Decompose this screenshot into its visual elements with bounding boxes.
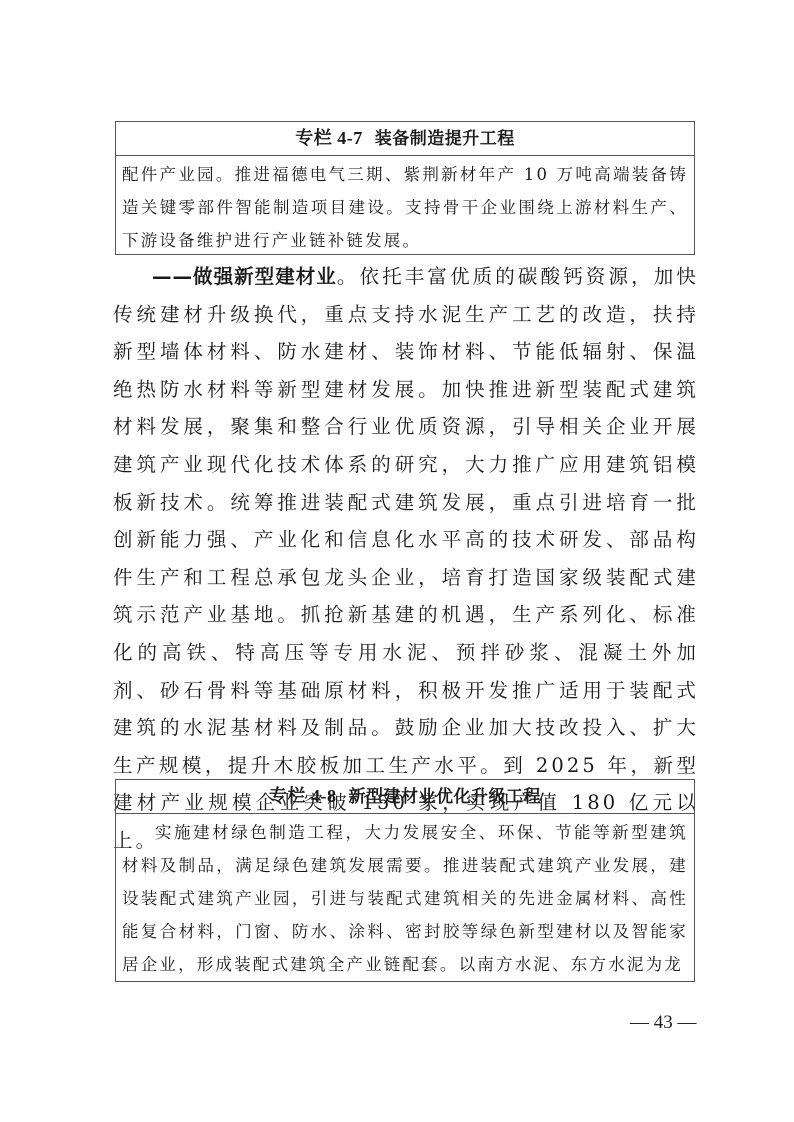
column-box-heading: 新型建材业优化升级工程 — [349, 787, 542, 807]
column-box-text: 实施建材绿色制造工程，大力发展安全、环保、节能等新型建筑材料及制品，满足绿色建筑… — [122, 816, 688, 981]
page-number: — 43 — — [630, 1012, 697, 1034]
section-lead-heading: ——做强新型建材业 — [152, 265, 337, 288]
paragraph-text: ——做强新型建材业。依托丰富优质的碳酸钙资源，加快传统建材升级换代，重点支持水泥… — [113, 258, 699, 860]
column-box-body: 配件产业园。推进福德电气三期、紫荆新材年产 10 万吨高端装备铸造关键零部件智能… — [116, 156, 694, 257]
section-body-text: 。依托丰富优质的碳酸钙资源，加快传统建材升级换代，重点支持水泥生产工艺的改造，扶… — [113, 265, 699, 852]
column-box-heading: 装备制造提升工程 — [375, 129, 515, 149]
body-paragraph: ——做强新型建材业。依托丰富优质的碳酸钙资源，加快传统建材升级换代，重点支持水泥… — [113, 258, 699, 860]
column-box-title: 专栏 4-8新型建材业优化升级工程 — [116, 780, 694, 814]
column-box-text: 配件产业园。推进福德电气三期、紫荆新材年产 10 万吨高端装备铸造关键零部件智能… — [122, 158, 688, 257]
column-box-4-8: 专栏 4-8新型建材业优化升级工程 实施建材绿色制造工程，大力发展安全、环保、节… — [115, 779, 695, 982]
column-box-body: 实施建材绿色制造工程，大力发展安全、环保、节能等新型建筑材料及制品，满足绿色建筑… — [116, 814, 694, 981]
column-box-number: 专栏 4-7 — [295, 128, 363, 148]
column-box-title: 专栏 4-7装备制造提升工程 — [116, 122, 694, 156]
column-box-4-7: 专栏 4-7装备制造提升工程 配件产业园。推进福德电气三期、紫荆新材年产 10 … — [115, 121, 695, 255]
column-box-number: 专栏 4-8 — [269, 786, 337, 806]
